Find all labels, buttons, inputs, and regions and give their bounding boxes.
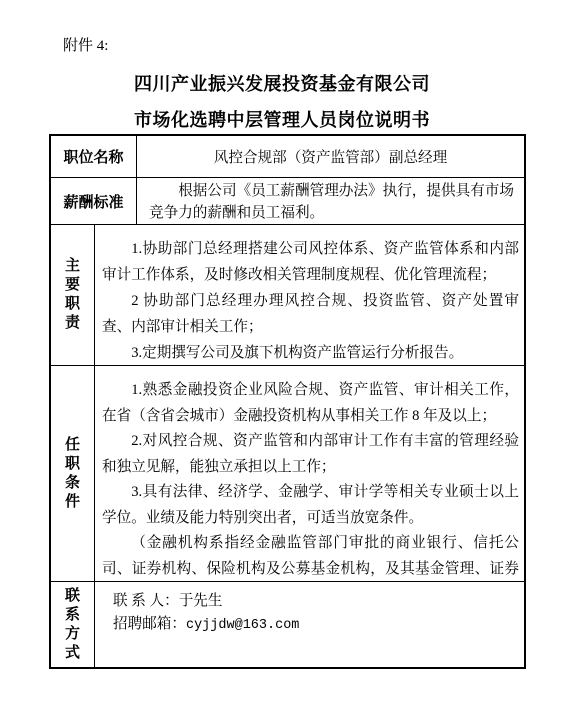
row-label-main-duties: 主要职责: [51, 225, 95, 365]
row-label-job-requirements: 任职条件: [51, 366, 95, 581]
cell-job-requirements: 1.熟悉金融投资企业风险合规、资产监管、审计相关工作，在省（含省会城市）金融投资…: [95, 366, 524, 581]
job-description-table: 职位名称 风控合规部（资产监管部）副总经理 薪酬标准 根据公司《员工薪酬管理办法…: [49, 134, 526, 669]
recruitment-email-value: cyjjdw@163.com: [186, 618, 299, 633]
table-row-main-duties: 主要职责 1.协助部门总经理搭建公司风控体系、资产监管体系和内部审计工作体系，及…: [51, 224, 524, 365]
cell-position-name: 风控合规部（资产监管部）副总经理: [137, 136, 524, 177]
document-page: 附件 4: 四川产业振兴发展投资基金有限公司 市场化选聘中层管理人员岗位说明书 …: [0, 0, 564, 707]
row-label-salary-standard: 薪酬标准: [51, 178, 137, 224]
recruitment-email-label: 招聘邮箱：: [113, 616, 186, 632]
requirement-item-3: 3.具有法律、经济学、金融学、审计学等相关专业硕士以上学位。业绩及能力特别突出者…: [102, 480, 519, 531]
contact-person-line: 联 系 人：于先生: [113, 590, 518, 613]
document-title-subtitle: 市场化选聘中层管理人员岗位说明书: [42, 106, 522, 132]
duty-item-2: 2 协助部门总经理办理风控合规、投资监管、资产处置审查、内部审计相关工作；: [102, 288, 519, 340]
table-row-position-name: 职位名称 风控合规部（资产监管部）副总经理: [51, 136, 524, 177]
contact-person-label: 联 系 人：: [113, 593, 179, 609]
cell-contact-info: 联 系 人：于先生 招聘邮箱：cyjjdw@163.com: [95, 582, 524, 667]
contact-info-vertical-label: 联系方式: [65, 587, 81, 663]
row-label-contact-info: 联系方式: [51, 582, 95, 667]
duty-item-1: 1.协助部门总经理搭建公司风控体系、资产监管体系和内部审计工作体系，及时修改相关…: [102, 236, 519, 288]
duty-item-3: 3.定期撰写公司及旗下机构资产监管运行分析报告。: [102, 340, 519, 365]
table-row-job-requirements: 任职条件 1.熟悉金融投资企业风险合规、资产监管、审计相关工作，在省（含省会城市…: [51, 365, 524, 581]
row-label-position-name: 职位名称: [51, 136, 137, 177]
table-row-contact-info: 联系方式 联 系 人：于先生 招聘邮箱：cyjjdw@163.com: [51, 581, 524, 667]
recruitment-email-line: 招聘邮箱：cyjjdw@163.com: [113, 613, 518, 637]
salary-standard-text: 根据公司《员工薪酬管理办法》执行，提供具有市场竞争力的薪酬和员工福利。: [149, 180, 514, 224]
cell-main-duties: 1.协助部门总经理搭建公司风控体系、资产监管体系和内部审计工作体系，及时修改相关…: [95, 225, 524, 365]
contact-person-value: 于先生: [179, 593, 223, 609]
requirement-item-1: 1.熟悉金融投资企业风险合规、资产监管、审计相关工作，在省（含省会城市）金融投资…: [102, 378, 519, 429]
table-row-salary-standard: 薪酬标准 根据公司《员工薪酬管理办法》执行，提供具有市场竞争力的薪酬和员工福利。: [51, 177, 524, 224]
job-requirements-vertical-label: 任职条件: [65, 436, 81, 512]
document-title-company: 四川产业振兴发展投资基金有限公司: [42, 70, 522, 96]
attachment-label: 附件 4:: [63, 34, 108, 55]
requirement-item-2: 2.对风控合规、资产监管和内部审计工作有丰富的管理经验和独立见解，能独立承担以上…: [102, 429, 519, 480]
cell-salary-standard: 根据公司《员工薪酬管理办法》执行，提供具有市场竞争力的薪酬和员工福利。: [137, 178, 524, 224]
requirement-note-financial-institutions: （金融机构系指经金融监管部门审批的商业银行、信托公司、证券机构、保险机构及公募基…: [102, 531, 519, 581]
main-duties-vertical-label: 主要职责: [65, 257, 81, 333]
